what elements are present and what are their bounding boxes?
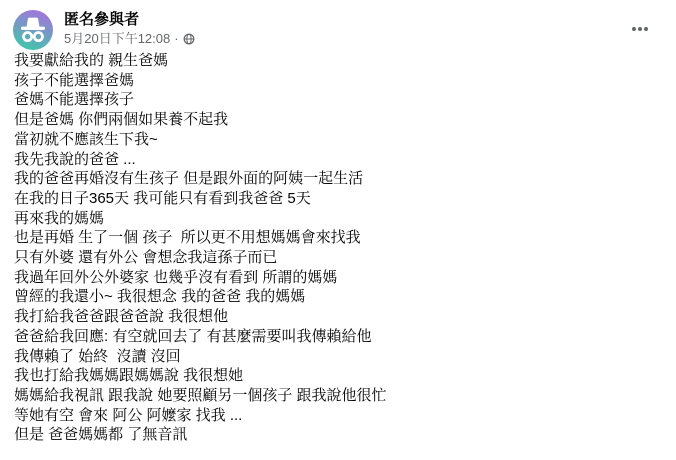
anonymous-avatar[interactable] (13, 10, 53, 50)
incognito-icon (13, 10, 53, 50)
author-name[interactable]: 匿名參與者 (64, 10, 195, 29)
post-text-line: 我的爸爸再婚沒有生孩子 但是跟外面的阿姨一起生活 (14, 169, 662, 189)
post-text-line: 也是再婚 生了一個 孩子 所以更不用想媽媽會來找我 (14, 228, 662, 248)
post-text-line: 曾經的我還小~ 我很想念 我的爸爸 我的媽媽 (14, 287, 662, 307)
post-text-line: 在我的日子365天 我可能只有看到我爸爸 5天 (14, 189, 662, 209)
post-text-line: 但是 爸爸媽媽都 了無音訊 (14, 425, 662, 445)
more-options-button[interactable] (626, 18, 654, 40)
globe-icon (183, 33, 195, 45)
facebook-post: 匿名參與者 5月20日下午12:08 · 我要獻給我的 親生爸媽孩子不能選擇爸媽… (0, 0, 676, 460)
post-text-line: 媽媽給我視訊 跟我說 她要照顧另一個孩子 跟我說他很忙 (14, 386, 662, 406)
post-timestamp[interactable]: 5月20日下午12:08 (64, 30, 170, 47)
post-text-line: 爸爸給我回應: 有空就回去了 有甚麼需要叫我傳賴給他 (14, 327, 662, 347)
post-text-line: 孩子不能選擇爸媽 (14, 71, 662, 91)
header-meta: 匿名參與者 5月20日下午12:08 · (64, 10, 195, 47)
post-text-line: 當初就不應該生下我~ (14, 130, 662, 150)
post-text-line: 但是爸媽 你們兩個如果養不起我 (14, 110, 662, 130)
post-text-line: 我傳賴了 始終 沒讀 沒回 (14, 347, 662, 367)
post-text-line: 我打給我爸爸跟爸爸說 我很想他 (14, 307, 662, 327)
post-text-line: 我要獻給我的 親生爸媽 (14, 51, 662, 71)
post-text-line: 等她有空 會來 阿公 阿嬤家 找我 ... (14, 406, 662, 426)
post-text-line: 只有外婆 還有外公 會想念我這孫子而已 (14, 248, 662, 268)
post-text-line: 我也打給我媽媽跟媽媽說 我很想她 (14, 366, 662, 386)
post-content: 我要獻給我的 親生爸媽孩子不能選擇爸媽爸媽不能選擇孩子但是爸媽 你們兩個如果養不… (0, 50, 676, 445)
timestamp-row: 5月20日下午12:08 · (64, 30, 195, 47)
post-header: 匿名參與者 5月20日下午12:08 · (0, 0, 676, 50)
post-text-line: 爸媽不能選擇孩子 (14, 90, 662, 110)
post-text-line: 我過年回外公外婆家 也幾乎沒有看到 所謂的媽媽 (14, 268, 662, 288)
separator-dot: · (174, 30, 178, 47)
post-text-line: 我先我說的爸爸 ... (14, 150, 662, 170)
ellipsis-icon (638, 27, 642, 31)
post-text-line: 再來我的媽媽 (14, 209, 662, 229)
